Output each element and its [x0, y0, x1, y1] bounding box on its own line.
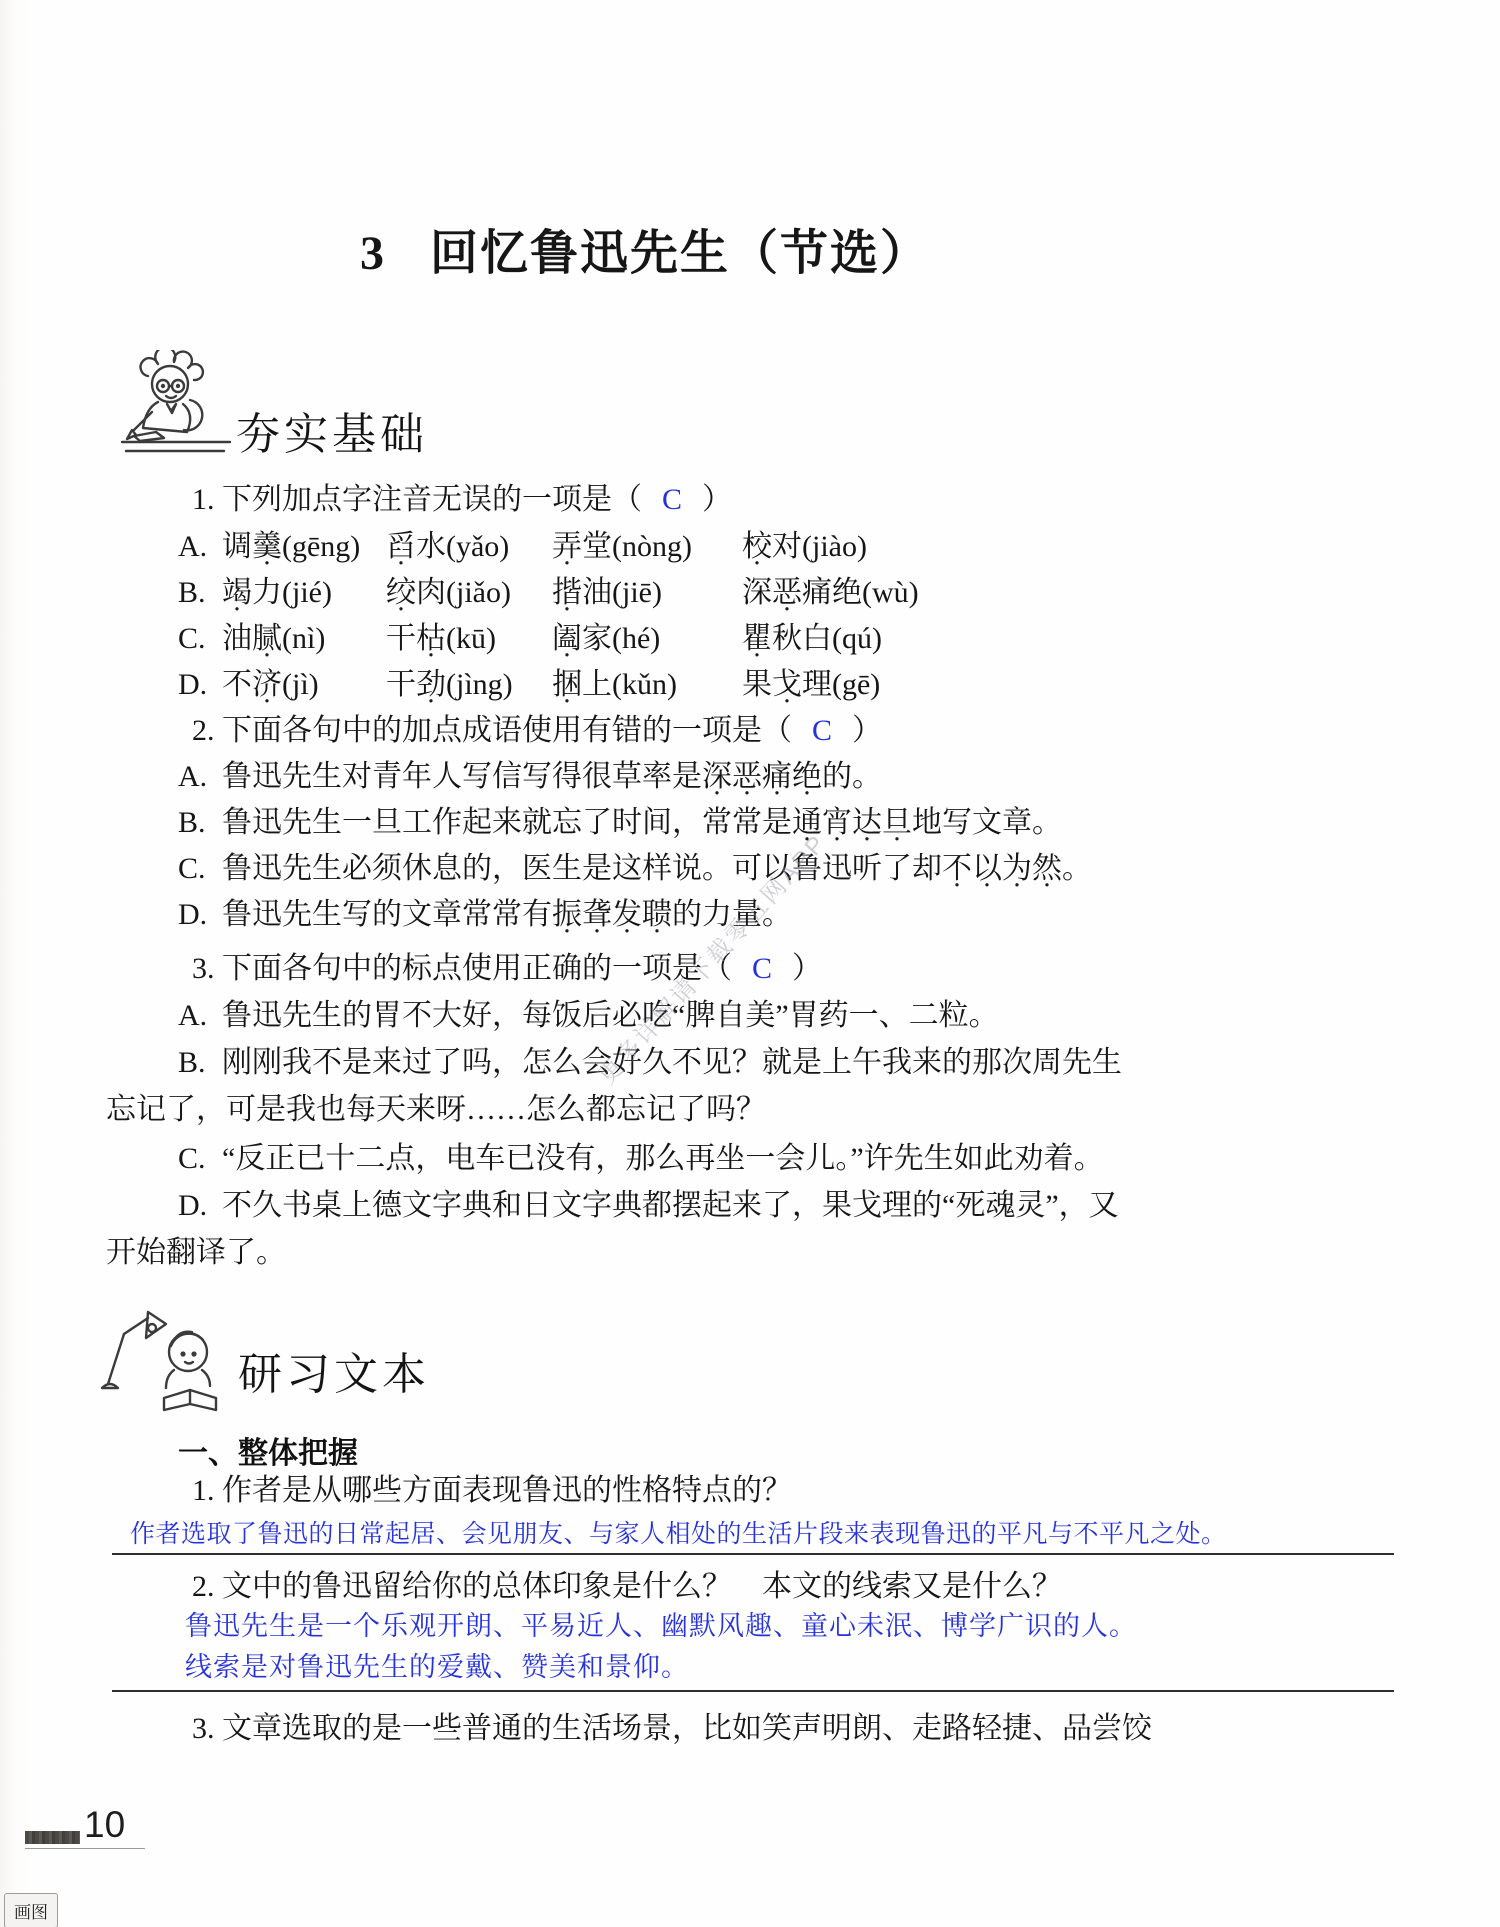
- page-footer-line: [25, 1848, 145, 1849]
- q1-option-c: C.油腻(nì)干枯(kū)阖家(hé)瞿秋白(qú): [178, 622, 882, 657]
- part-one-subhead: 一、整体把握: [178, 1428, 358, 1472]
- study-q2-answer-2: 线索是对鲁迅先生的爱戴、赞美和景仰。: [185, 1652, 689, 1683]
- workbook-page: 3回忆鲁迅先生（节选） 夯实基础 1. 下列加点字注音无误的一项是（C） A.调…: [0, 0, 1500, 1927]
- answer-rule-line: [112, 1690, 1394, 1692]
- q1-option-d: D.不济(jì)干劲(jìng)捆上(kǔn)果戈理(gē): [178, 668, 880, 703]
- section-basics-header: 夯实基础: [236, 398, 428, 462]
- q1-answer-letter: C: [662, 483, 682, 516]
- q2-option-a: A.鲁迅先生对青年人写信写得很草率是深恶痛绝的。: [178, 760, 882, 795]
- q2-answer-letter: C: [812, 714, 832, 747]
- q2-stem: 2. 下面各句中的加点成语使用有错的一项是（C）: [192, 714, 882, 749]
- reading-lamp-cartoon-icon: [100, 1300, 230, 1415]
- q3-answer-letter: C: [752, 952, 772, 985]
- study-q3-text: 3. 文章选取的是一些普通的生活场景，比如笑声明朗、走路轻捷、品尝饺: [192, 1712, 1152, 1747]
- q3-option-c: C.“反正已十二点，电车已没有，那么再坐一会儿。”许先生如此劝着。: [178, 1142, 1104, 1177]
- q1-option-b: B.竭力(jié)绞肉(jiǎo)揩油(jiē)深恶痛绝(wù): [178, 576, 919, 611]
- q2-option-d: D.鲁迅先生写的文章常常有振聋发聩的力量。: [178, 898, 792, 933]
- page-footer-bar: [25, 1831, 80, 1844]
- q2-option-c: C.鲁迅先生必须休息的，医生是这样说。可以鲁迅听了却不以为然。: [178, 852, 1092, 887]
- q3-option-d-continued: 开始翻译了。: [106, 1236, 286, 1271]
- q3-option-b: B.刚刚我不是来过了吗，怎么会好久不见？就是上午我来的那次周先生: [178, 1046, 1122, 1081]
- answer-rule-line: [112, 1553, 1394, 1555]
- lesson-title-text: 回忆鲁迅先生（节选）: [430, 227, 930, 280]
- q3-option-a: A.鲁迅先生的胃不大好，每饭后必吃“脾自美”胃药一、二粒。: [178, 999, 999, 1034]
- draw-tool-button[interactable]: 画图: [4, 1893, 58, 1927]
- q3-option-d: D.不久书桌上德文字典和日文字典都摆起来了，果戈理的“死魂灵”，又: [178, 1189, 1119, 1224]
- study-q2-text: 2. 文中的鲁迅留给你的总体印象是什么？ 本文的线索又是什么？: [192, 1570, 1062, 1605]
- q3-option-b-continued: 忘记了，可是我也每天来呀……怎么都忘记了吗？: [106, 1093, 766, 1128]
- lesson-number: 3: [360, 227, 386, 280]
- q2-option-b: B.鲁迅先生一旦工作起来就忘了时间，常常是通宵达旦地写文章。: [178, 806, 1062, 841]
- page-title: 3回忆鲁迅先生（节选）: [360, 214, 930, 283]
- section-study-header: 研习文本: [238, 1338, 430, 1402]
- study-q1-answer: 作者选取了鲁迅的日常起居、会见朋友、与家人相处的生活片段来表现鲁迅的平凡与不平凡…: [130, 1521, 1227, 1550]
- q1-stem: 1. 下列加点字注音无误的一项是（C）: [192, 483, 732, 518]
- q1-option-a: A.调羹(gēng)舀水(yǎo)弄堂(nòng)校对(jiào): [178, 530, 867, 565]
- study-q1-text: 1. 作者是从哪些方面表现鲁迅的性格特点的？: [192, 1474, 792, 1509]
- teacher-writing-cartoon-icon: [118, 350, 238, 458]
- page-number: 10: [84, 1804, 125, 1846]
- study-q2-answer-1: 鲁迅先生是一个乐观开朗、平易近人、幽默风趣、童心未泯、博学广识的人。: [185, 1611, 1137, 1642]
